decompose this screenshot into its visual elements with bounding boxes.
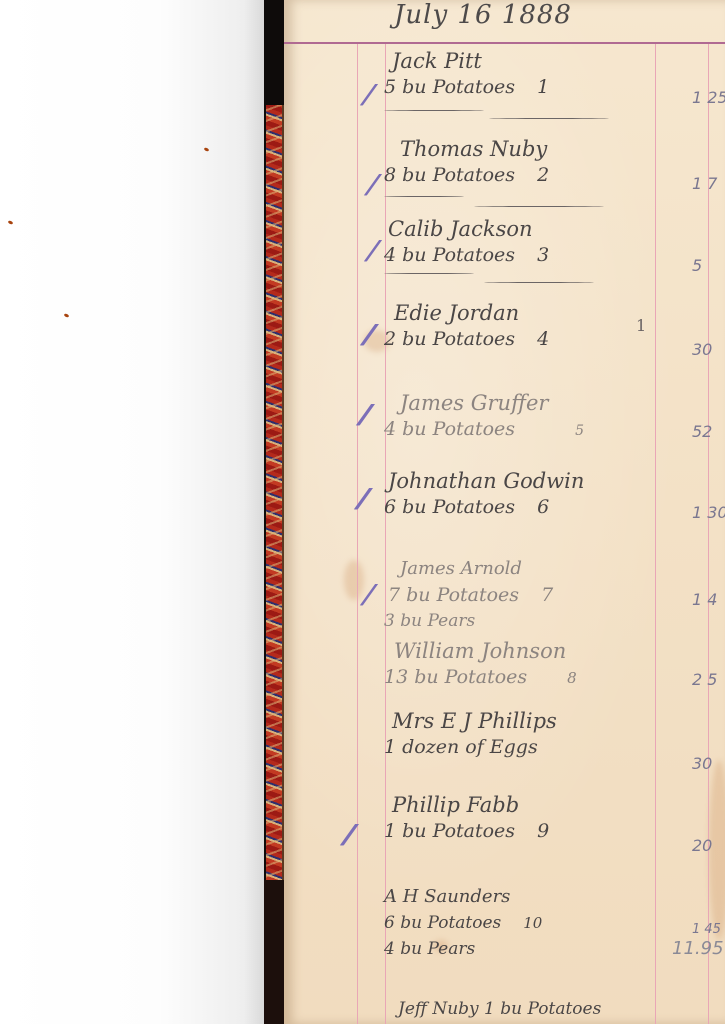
amount-rule-left [655,44,656,1024]
entry-item: 6 bu Potatoes [384,496,515,518]
ledger-page: July 16 1888 // Jack Pitt 5 bu Potatoes1… [284,0,725,1024]
entry-amount: 1 25 [692,88,725,107]
entry-item: 4 bu Potatoes [384,418,515,440]
paper-speck [64,313,70,318]
entry-number: 2 [537,162,549,188]
entry-number: 5 [575,418,584,444]
margin-rule-2 [385,44,386,1024]
entry-number: 10 [523,910,542,936]
book-spine-bottom [264,880,286,1024]
entry-item-secondary: 4 bu Pears [384,936,542,962]
entry-amount: 1 45 [692,922,725,937]
entry-name: James Gruffer [384,390,584,416]
entry-amount: 5 [692,256,725,275]
check-mark-icon: /// [341,820,350,850]
entry-amount: 20 [692,836,725,855]
entry-name: Phillip Fabb [384,792,549,818]
ledger-entry: A H Saunders 6 bu Potatoes10 4 bu Pears [384,884,542,962]
underline [484,282,594,283]
ledger-entry: William Johnson 13 bu Potatoes8 [384,638,577,691]
entry-name: William Johnson [384,638,577,664]
ledger-entry: Calib Jackson 4 bu Potatoes3 [384,216,549,268]
entry-amount: 1 30 [692,503,725,522]
ledger-entry: Thomas Nuby 8 bu Potatoes2 [384,136,549,188]
entry-amount: 1 7 [692,174,725,193]
ledger-entry: Edie Jordan 2 bu Potatoes4 [384,300,549,352]
underline [384,110,484,111]
ledger-entry: Phillip Fabb 1 bu Potatoes9 [384,792,549,844]
entry-amount: 30 [692,754,725,773]
underline [474,206,604,207]
date-header: July 16 1888 [394,0,572,30]
entry-item: 13 bu Potatoes [384,666,527,688]
margin-rule-1 [357,44,358,1024]
ledger-entry: Mrs E J Phillips 1 dozen of Eggs [384,708,560,760]
marbled-page-edge [266,105,284,885]
entry-name: Thomas Nuby [384,136,549,162]
entry-name: Mrs E J Phillips [384,708,560,734]
entry-number: 7 [541,582,553,608]
check-mark-icon: // [361,80,369,110]
check-mark-icon: // [365,170,373,200]
entry-name: Jeff Nuby [398,999,479,1019]
entry-name: Edie Jordan [384,300,549,326]
ledger-entry: James Gruffer 4 bu Potatoes5 [384,390,584,444]
entry-name: A H Saunders [384,884,542,910]
entry-item: 6 bu Potatoes [384,913,501,933]
entry-amount: 2 5 [692,670,725,689]
entry-number: 1 [537,74,549,100]
paper-speck [204,147,210,152]
entry-name: Calib Jackson [384,216,549,242]
entry-name: James Arnold [384,556,553,582]
ledger-entry: Jack Pitt 5 bu Potatoes1 [384,48,549,100]
underline [489,118,609,119]
check-mark-icon: /// [357,400,366,430]
paper-stain [344,560,364,600]
entry-item: 1 dozen of Eggs [384,736,538,758]
header-rule [284,42,725,44]
entry-item: 8 bu Potatoes [384,164,515,186]
entry-item-secondary: 3 bu Pears [384,608,553,634]
entry-item: 5 bu Potatoes [384,76,515,98]
underline [384,196,464,197]
entry-number: 8 [567,665,577,691]
entry-name: Jack Pitt [384,48,549,74]
underline [384,273,474,274]
entry-item: 2 bu Potatoes [384,328,515,350]
entry-number: 3 [537,242,549,268]
check-mark-icon: // [365,236,373,266]
ledger-entry: James Arnold 7 bu Potatoes7 3 bu Pears [384,556,553,634]
entry-amount: 1 4 [692,590,725,609]
entry-item: 1 bu Potatoes [484,999,601,1019]
entry-item: 4 bu Potatoes [384,244,515,266]
entry-amount: 30 [692,340,725,359]
entry-number: 4 [537,326,549,352]
left-blank-page [0,0,265,1024]
entry-item: 7 bu Potatoes [388,584,519,606]
ledger-entry: Johnathan Godwin 6 bu Potatoes6 [384,468,584,520]
entry-number: 9 [537,818,549,844]
ledger-total: 11.95 [672,938,712,959]
ledger-entry: Jeff Nuby 1 bu Potatoes [398,996,601,1022]
entry-amount: 52 [692,422,725,441]
entry-name: Johnathan Godwin [384,468,584,494]
entry-number: 6 [537,494,549,520]
entry-item: 1 bu Potatoes [384,820,515,842]
paper-speck [8,220,14,225]
margin-mark: 1 [636,316,646,335]
